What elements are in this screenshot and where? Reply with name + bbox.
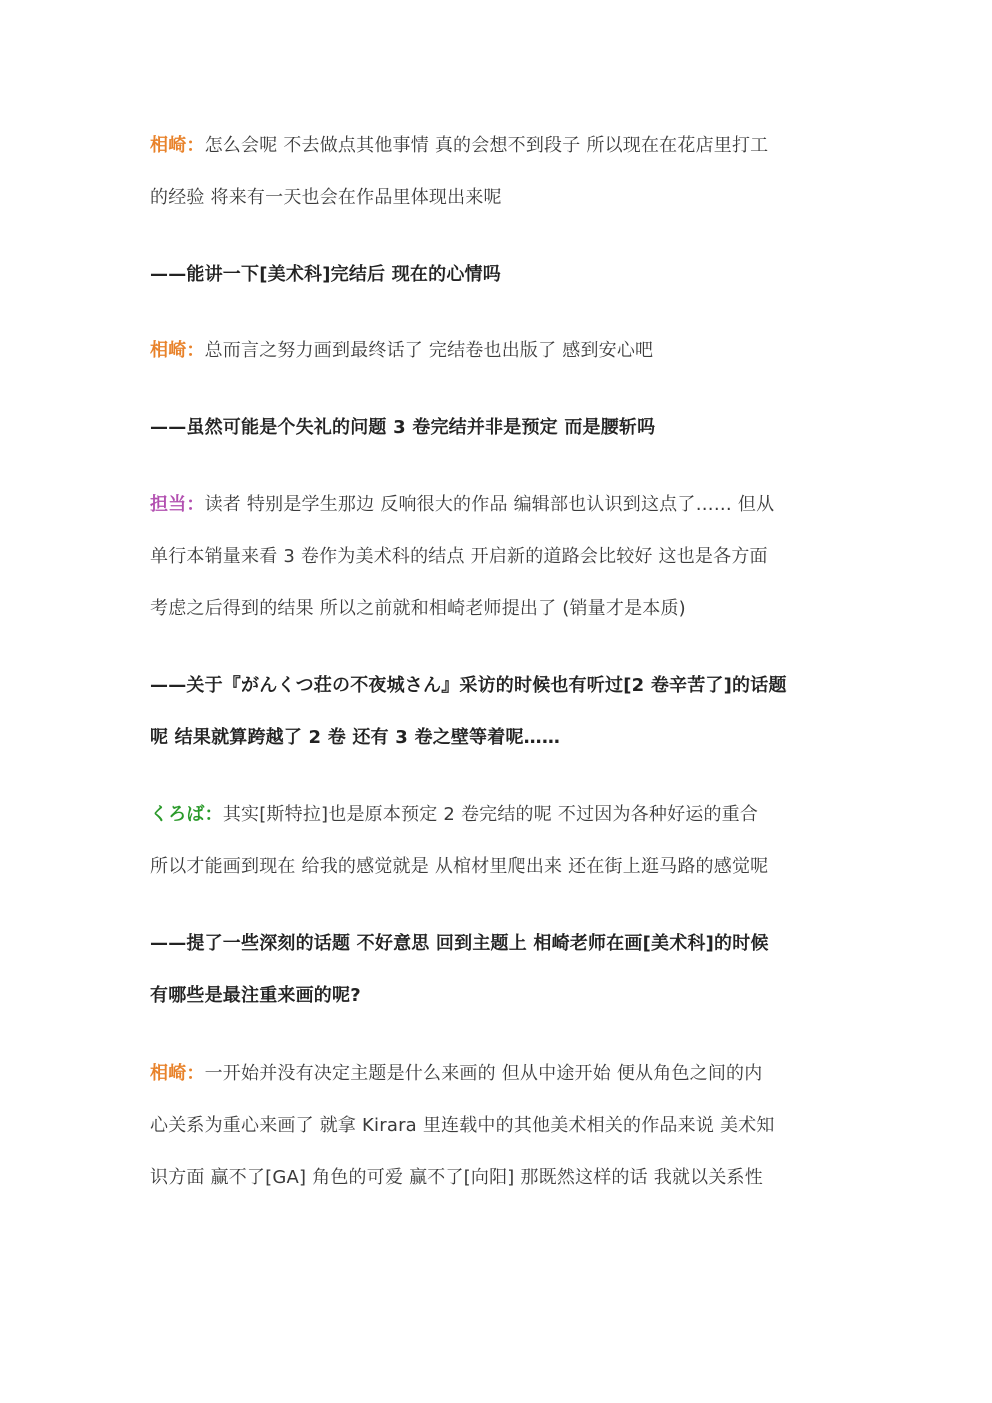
question-line: 呢 结果就算跨越了 2 卷 还有 3 卷之壁等着呢…… (150, 725, 560, 751)
question-line: ——能讲一下[美术科]完结后 现在的心情吗 (150, 262, 501, 288)
answer-text: 其实[斯特拉]也是原本预定 2 卷完结的呢 不过因为各种好运的重合 (223, 804, 758, 825)
question-line: ——关于『がんくつ荘の不夜城さん』采访的时候也有听过[2 卷辛苦了]的话题 (150, 673, 787, 699)
answer-line: 的经验 将来有一天也会在作品里体现出来呢 (150, 185, 502, 211)
answer-text: 一开始并没有决定主题是什么来画的 但从中途开始 便从角色之间的内 (205, 1063, 763, 1084)
speaker-label-kuroba: くろば： (150, 804, 223, 825)
speaker-label-aizaki: 相崎： (150, 1063, 205, 1084)
answer-text: 读者 特别是学生那边 反响很大的作品 编辑部也认识到这点了…… 但从 (205, 494, 775, 515)
answer-line: 心关系为重心来画了 就拿 Kirara 里连载中的其他美术相关的作品来说 美术知 (150, 1113, 775, 1139)
answer-text: 总而言之努力画到最终话了 完结卷也出版了 感到安心吧 (205, 340, 654, 361)
speaker-label-tantou: 担当： (150, 494, 205, 515)
answer-line: 识方面 赢不了[GA] 角色的可爱 赢不了[向阳] 那既然这样的话 我就以关系性 (150, 1165, 763, 1191)
answer-line: 担当：读者 特别是学生那边 反响很大的作品 编辑部也认识到这点了…… 但从 (150, 492, 774, 518)
speaker-label-aizaki: 相崎： (150, 340, 205, 361)
answer-line: 单行本销量来看 3 卷作为美术科的结点 开启新的道路会比较好 这也是各方面 (150, 544, 768, 570)
answer-line: 考虑之后得到的结果 所以之前就和相崎老师提出了 (销量才是本质) (150, 596, 686, 622)
answer-line: 相崎：一开始并没有决定主题是什么来画的 但从中途开始 便从角色之间的内 (150, 1061, 762, 1087)
question-line: ——提了一些深刻的话题 不好意思 回到主题上 相崎老师在画[美术科]的时候 (150, 931, 769, 957)
answer-line: くろば：其实[斯特拉]也是原本预定 2 卷完结的呢 不过因为各种好运的重合 (150, 802, 758, 828)
speaker-label-aizaki: 相崎： (150, 135, 205, 156)
answer-line: 相崎：总而言之努力画到最终话了 完结卷也出版了 感到安心吧 (150, 338, 653, 364)
answer-line: 相崎：怎么会呢 不去做点其他事情 真的会想不到段子 所以现在在花店里打工 (150, 133, 768, 159)
question-line: 有哪些是最注重来画的呢? (150, 983, 361, 1009)
answer-text: 怎么会呢 不去做点其他事情 真的会想不到段子 所以现在在花店里打工 (205, 135, 769, 156)
answer-line: 所以才能画到现在 给我的感觉就是 从棺材里爬出来 还在街上逛马路的感觉呢 (150, 854, 768, 880)
question-line: ——虽然可能是个失礼的问题 3 卷完结并非是预定 而是腰斩吗 (150, 415, 655, 441)
